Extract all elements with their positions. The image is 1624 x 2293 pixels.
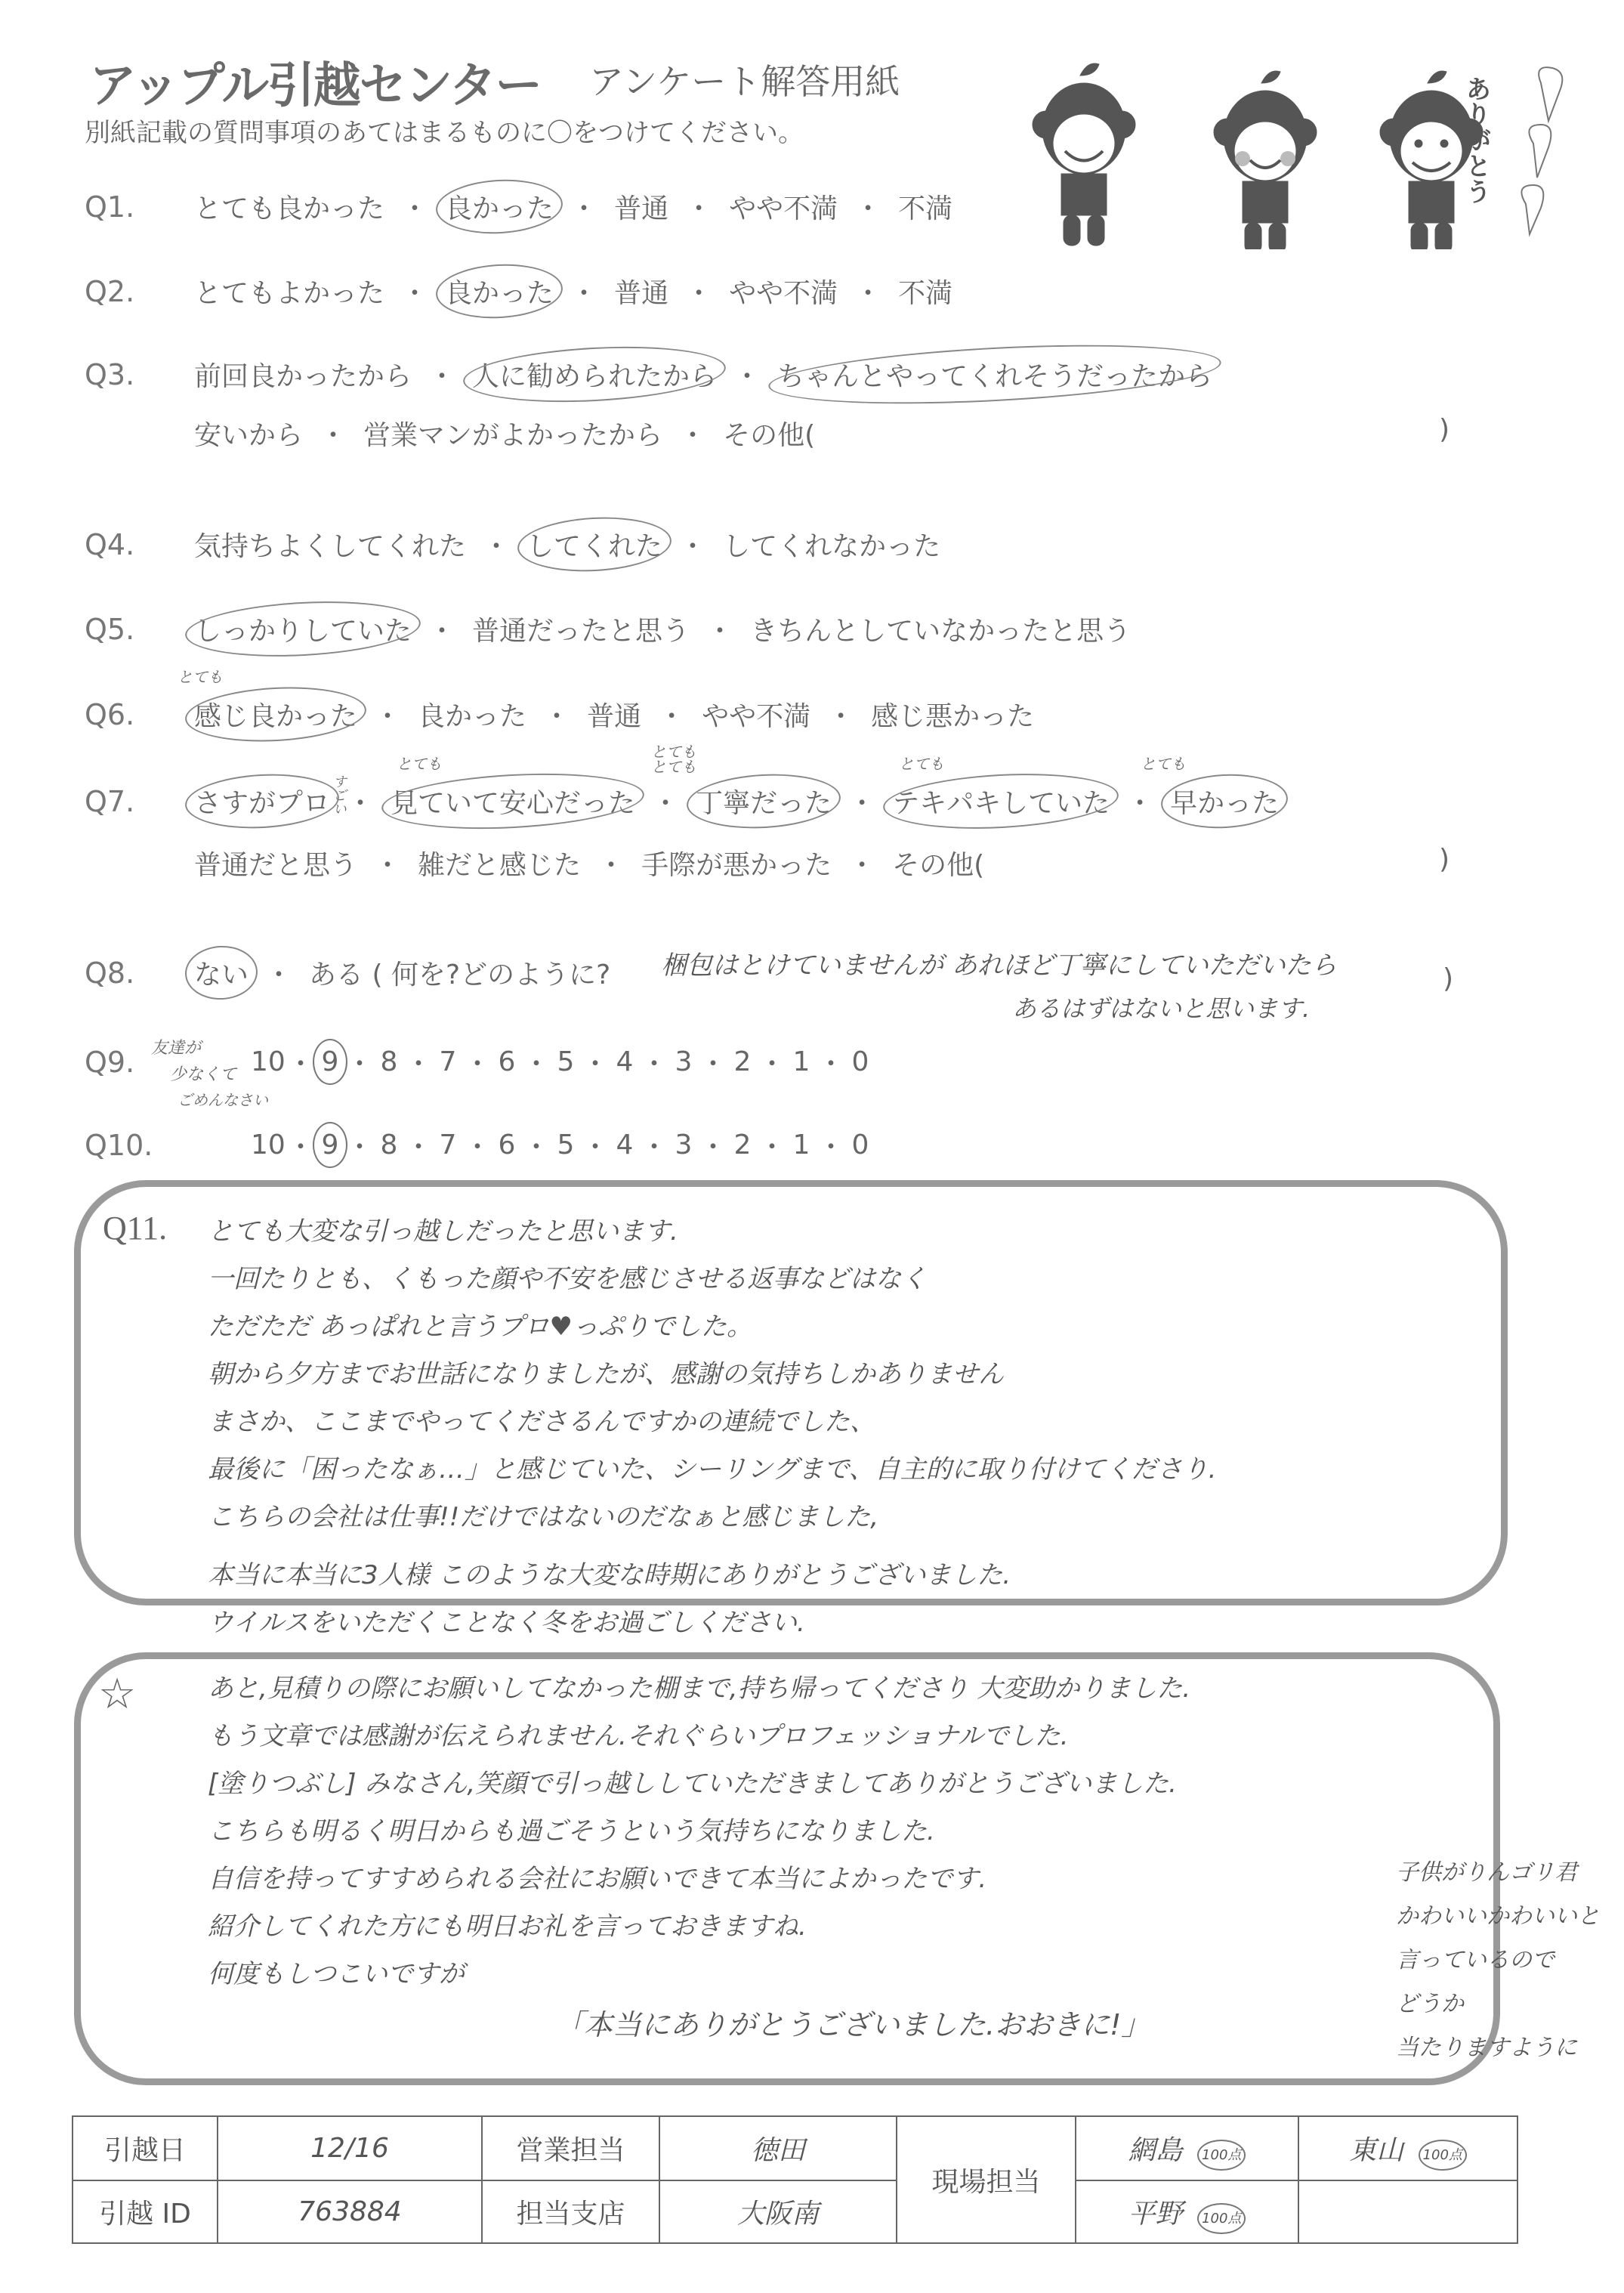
- side-note-line: 子供がりんゴリ君: [1396, 1851, 1622, 1895]
- field-staff-empty[interactable]: [1298, 2180, 1517, 2243]
- option-very-pleasant[interactable]: 気持ちよくしてくれた: [194, 525, 466, 564]
- q11-line-5: まさか、ここまでやってくださるんですかの連続でした、: [208, 1399, 875, 1445]
- field-staff-2[interactable]: 東山 100点: [1298, 2116, 1517, 2180]
- close-paren: ): [1443, 963, 1453, 994]
- star-icon: ☆: [98, 1670, 136, 1719]
- star-line-7: 何度もしつこいですが: [208, 1952, 465, 1997]
- question-q10: Q10. 10・ 9・ 8・ 7・ 6・ 5・ 4・ 3・ 2・ 1・ 0: [85, 1126, 870, 1164]
- star-quote: 「本当にありがとうございました.おおきに!」: [555, 2002, 1150, 2047]
- sales-rep-value[interactable]: 徳田: [659, 2116, 897, 2180]
- field-staff-1[interactable]: 網島 100点: [1076, 2116, 1298, 2180]
- option-pleasant-selected[interactable]: 感じ良かった: [194, 695, 357, 734]
- staff-name: 網島: [1128, 2135, 1183, 2166]
- option-clumsy[interactable]: 手際が悪かった: [641, 844, 832, 882]
- scale-5[interactable]: 5: [556, 1130, 576, 1160]
- side-note-line: 当たりますように: [1396, 2026, 1622, 2070]
- scale-3[interactable]: 3: [674, 1046, 693, 1077]
- option-reassuring-selected[interactable]: 見ていて安心だった: [391, 782, 635, 820]
- handwritten-annotation: とても: [178, 665, 223, 687]
- staff-score-badge: 100点: [1197, 2203, 1246, 2234]
- mascot-illustration: ありがとう: [1005, 53, 1594, 249]
- q11-line-7: こちらの会社は仕事!!だけではないのだなぁと感じました,: [208, 1494, 878, 1540]
- question-q3: Q3. 前回良かったから・ 人に勧められたから・ ちゃんとやってくれそうだったか…: [85, 355, 1212, 394]
- option-unsatisfied[interactable]: 不満: [898, 272, 952, 311]
- option-sloppy[interactable]: 雑だと感じた: [418, 844, 581, 882]
- handwritten-annotation: とても: [1141, 752, 1186, 774]
- option-very-good[interactable]: とても良かった: [194, 187, 384, 226]
- scale-5[interactable]: 5: [556, 1046, 576, 1077]
- q9-side-note-1: 友達が: [151, 1035, 201, 1058]
- option-seemed-reliable-selected[interactable]: ちゃんとやってくれそうだったから: [777, 355, 1212, 394]
- question-q3-line2: 安いから・ 営業マンがよかったから・ その他(: [194, 414, 815, 453]
- handwritten-annotation: とてもとても: [651, 744, 696, 774]
- option-previous-good[interactable]: 前回良かったから: [194, 355, 412, 394]
- monkey-mascots-icon: [1005, 53, 1594, 249]
- option-recommended-selected[interactable]: 人に勧められたから: [472, 355, 717, 394]
- staff-name: 平野: [1128, 2199, 1183, 2230]
- handwritten-annotation: とても: [397, 752, 442, 774]
- option-slightly-unsatisfied[interactable]: やや不満: [702, 695, 810, 734]
- move-date-label: 引越日: [73, 2116, 218, 2180]
- option-careful-selected[interactable]: 丁寧だった: [696, 782, 832, 820]
- scale-8[interactable]: 8: [379, 1046, 399, 1077]
- staff-score-badge: 100点: [1419, 2140, 1467, 2171]
- option-normal[interactable]: 普通: [614, 272, 668, 311]
- question-q8: Q8. ない・ ある ( 何を?どのように?: [85, 953, 610, 992]
- q11-line-8: 本当に本当に3人様 このような大変な時期にありがとうございました.: [208, 1553, 1011, 1598]
- scale-6[interactable]: 6: [497, 1046, 517, 1077]
- staff-name: 東山: [1349, 2135, 1403, 2166]
- question-q7-line2: 普通だと思う・ 雑だと感じた・ 手際が悪かった・ その他(: [194, 844, 984, 882]
- scale-6[interactable]: 6: [497, 1130, 517, 1160]
- side-note-line: 言っているので: [1396, 1939, 1622, 1982]
- scale-2[interactable]: 2: [733, 1046, 752, 1077]
- option-normal[interactable]: 普通: [614, 187, 668, 226]
- q11-label: Q11.: [103, 1209, 167, 1247]
- scale-0[interactable]: 0: [851, 1046, 870, 1077]
- q11-line-6: 最後に「困ったなぁ…」と感じていた、シーリングまで、自主的に取り付けてくださり.: [208, 1447, 1216, 1492]
- question-label: Q8.: [85, 956, 194, 990]
- option-good-selected[interactable]: 良かった: [445, 272, 554, 311]
- option-good-salesman[interactable]: 営業マンがよかったから: [363, 414, 662, 453]
- star-line-5: 自信を持ってすすめられる会社にお願いできて本当によかったです.: [208, 1856, 986, 1902]
- option-not-proper[interactable]: きちんとしていなかったと思う: [750, 610, 1131, 648]
- star-line-4: こちらも明るく明日からも過ごそうという気持ちになりました.: [208, 1809, 935, 1854]
- scale-2[interactable]: 2: [733, 1130, 752, 1160]
- question-label: Q4.: [85, 528, 194, 561]
- question-label: Q10.: [85, 1129, 251, 1162]
- option-fast-selected[interactable]: 早かった: [1170, 782, 1279, 820]
- option-did-selected[interactable]: してくれた: [526, 525, 662, 564]
- option-some[interactable]: ある ( 何を?どのように?: [309, 953, 610, 992]
- option-efficient-selected[interactable]: テキパキしていた: [892, 782, 1110, 820]
- scale-10[interactable]: 10: [251, 1130, 281, 1160]
- question-q5: Q5. しっかりしていた・ 普通だったと思う・ きちんとしていなかったと思う: [85, 610, 1131, 648]
- star-line-2: もう文章では感謝が伝えられません.それぐらいプロフェッショナルでした.: [208, 1714, 1069, 1759]
- sales-rep-label: 営業担当: [482, 2116, 659, 2180]
- option-good[interactable]: 良かった: [418, 695, 526, 734]
- move-date-value[interactable]: 12/16: [218, 2116, 482, 2180]
- handwritten-annotation: とても: [899, 752, 944, 774]
- scale-4[interactable]: 4: [615, 1046, 634, 1077]
- instruction-text: 別紙記載の質問事項のあてはまるものに〇をつけてください。: [85, 112, 804, 149]
- question-q7: Q7. さすがプロ・ 見ていて安心だった・ 丁寧だった・ テキパキしていた・ 早…: [85, 782, 1279, 820]
- option-slightly-unsatisfied[interactable]: やや不満: [729, 272, 838, 311]
- scale-9-selected[interactable]: 9: [320, 1130, 340, 1160]
- close-paren: ): [1439, 844, 1450, 875]
- scale-8[interactable]: 8: [379, 1130, 399, 1160]
- q9-side-note-3: ごめんなさい: [178, 1088, 268, 1110]
- question-q1: Q1. とても良かった・ 良かった・ 普通・ やや不満・ 不満: [85, 187, 952, 226]
- option-solid-selected[interactable]: しっかりしていた: [194, 610, 412, 648]
- field-staff-label: 現場担当: [897, 2116, 1076, 2243]
- question-label: Q1.: [85, 190, 194, 224]
- q11-line-2: 一回たりとも、くもった顔や不安を感じさせる返事などはなく: [208, 1256, 927, 1302]
- scale-9-selected[interactable]: 9: [320, 1046, 340, 1077]
- q11-line-9: ウイルスをいただくことなく冬をお過ごしください.: [208, 1600, 805, 1646]
- q9-side-note-2: 少なくて: [170, 1062, 236, 1085]
- option-normal[interactable]: 普通だと思う: [194, 844, 357, 882]
- scale-10[interactable]: 10: [251, 1046, 281, 1077]
- option-slightly-unsatisfied[interactable]: やや不満: [729, 187, 838, 226]
- option-unsatisfied[interactable]: 不満: [898, 187, 952, 226]
- option-very-good[interactable]: とてもよかった: [194, 272, 384, 311]
- question-label: Q3.: [85, 358, 194, 391]
- option-normal[interactable]: 普通: [587, 695, 641, 734]
- side-note-line: かわいいかわいいと: [1396, 1895, 1622, 1939]
- company-name: アップル引越センター: [89, 47, 541, 116]
- option-cheap[interactable]: 安いから: [194, 414, 303, 453]
- move-info-table: 引越日 12/16 営業担当 徳田 現場担当 網島 100点 東山 100点 引…: [72, 2115, 1518, 2244]
- question-label: Q6.: [85, 698, 194, 731]
- scale-3[interactable]: 3: [674, 1130, 693, 1160]
- close-paren: ): [1439, 414, 1450, 445]
- q11-line-4: 朝から夕方までお世話になりましたが、感謝の気持ちしかありません: [208, 1352, 1004, 1397]
- star-line-1: あと,見積りの際にお願いしてなかった棚まで,持ち帰ってくださり 大変助かりました…: [208, 1666, 1190, 1711]
- side-note-kids: 子供がりんゴリ君 かわいいかわいいと 言っているので どうか 当たりますように: [1396, 1851, 1622, 2070]
- question-q6: Q6. 感じ良かった・ 良かった・ 普通・ やや不満・ 感じ悪かった: [85, 695, 1034, 734]
- option-unpleasant[interactable]: 感じ悪かった: [871, 695, 1034, 734]
- question-label: Q7.: [85, 785, 194, 818]
- scale-4[interactable]: 4: [615, 1130, 634, 1160]
- move-id-label: 引越 ID: [73, 2180, 218, 2243]
- q8-handwritten-line1: 梱包はとけていませんが あれほど丁寧にしていただいたら: [661, 944, 1337, 981]
- question-q2: Q2. とてもよかった・ 良かった・ 普通・ やや不満・ 不満: [85, 272, 952, 311]
- question-label: Q5.: [85, 613, 194, 646]
- scale-1[interactable]: 1: [792, 1130, 811, 1160]
- branch-value[interactable]: 大阪南: [659, 2180, 897, 2243]
- q11-line-3: ただただ あっぱれと言うプロ♥っぷりでした。: [208, 1304, 752, 1349]
- option-professional-selected[interactable]: さすがプロ: [194, 782, 330, 820]
- question-q4: Q4. 気持ちよくしてくれた・ してくれた・ してくれなかった: [85, 525, 940, 564]
- option-other[interactable]: その他(: [723, 414, 815, 453]
- option-did-not[interactable]: してくれなかった: [723, 525, 940, 564]
- staff-score-badge: 100点: [1197, 2140, 1246, 2171]
- option-none-selected[interactable]: ない: [194, 953, 249, 992]
- option-normal[interactable]: 普通だったと思う: [472, 610, 690, 648]
- scale-1[interactable]: 1: [792, 1046, 811, 1077]
- form-title: アンケート解答用紙: [589, 54, 900, 104]
- branch-label: 担当支店: [482, 2180, 659, 2243]
- mascot-caption: ありがとう: [1458, 76, 1495, 204]
- star-line-3: [塗りつぶし] みなさん,笑顔で引っ越ししていただきましてありがとうございました…: [208, 1761, 1177, 1806]
- q11-line-1: とても大変な引っ越しだったと思います.: [208, 1209, 678, 1254]
- option-other[interactable]: その他(: [892, 844, 984, 882]
- question-label: Q2.: [85, 275, 194, 308]
- scale-7[interactable]: 7: [438, 1046, 458, 1077]
- scale-0[interactable]: 0: [851, 1130, 870, 1160]
- side-note-line: どうか: [1396, 1982, 1622, 2026]
- star-line-6: 紹介してくれた方にも明日お礼を言っておきますね.: [208, 1904, 807, 1949]
- move-id-value[interactable]: 763884: [218, 2180, 482, 2243]
- field-staff-3[interactable]: 平野 100点: [1076, 2180, 1298, 2243]
- scale-7[interactable]: 7: [438, 1130, 458, 1160]
- q8-handwritten-line2: あるはずはないと思います.: [1012, 990, 1310, 1024]
- option-good-selected[interactable]: 良かった: [445, 187, 554, 226]
